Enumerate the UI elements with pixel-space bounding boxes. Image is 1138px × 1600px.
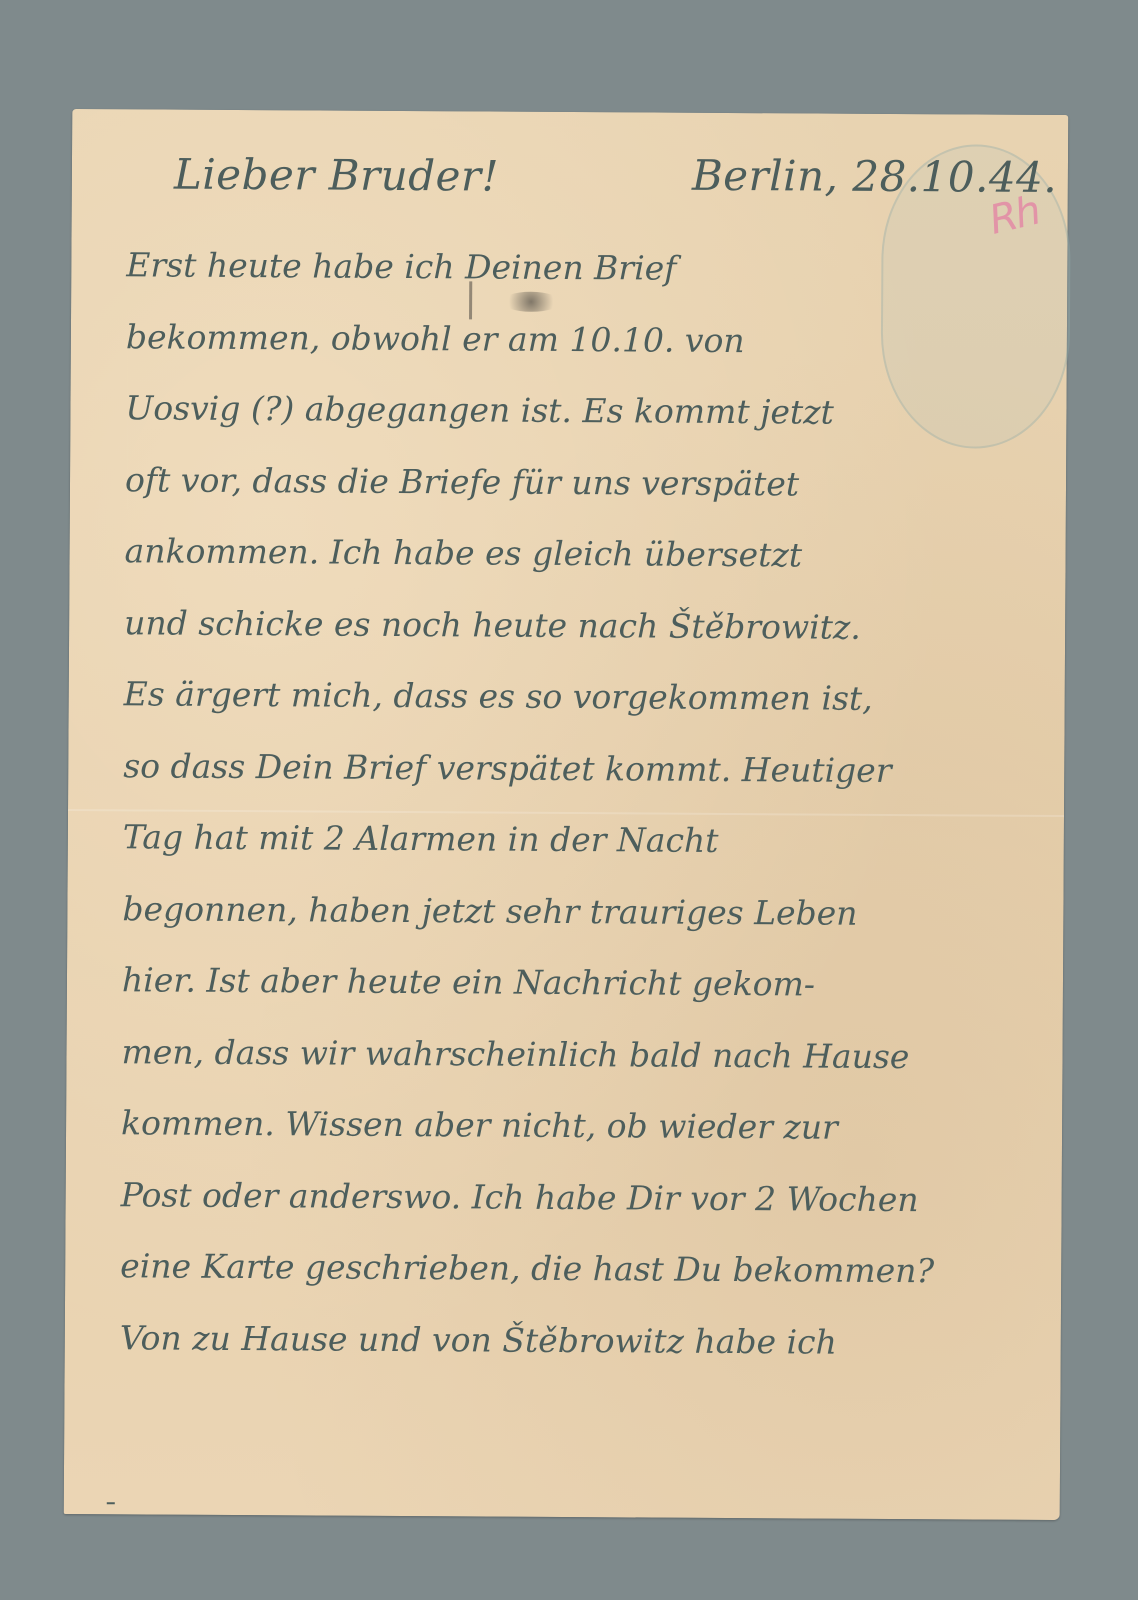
letter-line: men, dass wir wahrscheinlich bald nach H… — [121, 1016, 1041, 1093]
letter-line: Post oder anderswo. Ich habe Dir vor 2 W… — [120, 1159, 1040, 1236]
letter-line: eine Karte geschrieben, die hast Du beko… — [120, 1230, 1040, 1307]
letter-line: und schicke es noch heute nach Štěbrowit… — [124, 587, 1044, 664]
salutation: Lieber Bruder! — [174, 150, 499, 201]
letter-line: oft vor, dass die Briefe für uns verspät… — [125, 444, 1045, 521]
letter-line: begonnen, haben jetzt sehr trauriges Leb… — [122, 873, 1042, 950]
letter-body: Erst heute habe ich Deinen Brief bekomme… — [120, 229, 1047, 1379]
margin-dash — [107, 1502, 115, 1504]
letter-line: kommen. Wissen aber nicht, ob wieder zur — [121, 1087, 1041, 1164]
letter-line: bekommen, obwohl er am 10.10. von — [126, 301, 1046, 378]
letter-line: Tag hat mit 2 Alarmen in der Nacht — [123, 801, 1043, 878]
letter-line: Erst heute habe ich Deinen Brief — [126, 229, 1046, 306]
letter-line: hier. Ist aber heute ein Nachricht gekom… — [122, 944, 1042, 1021]
letter-line: Uosvig (?) abgegangen ist. Es kommt jetz… — [125, 372, 1045, 449]
letter-line: Von zu Hause und von Štěbrowitz habe ich — [120, 1302, 1040, 1379]
letter-line: so dass Dein Brief verspätet kommt. Heut… — [123, 730, 1043, 807]
postcard: Lieber Bruder! Berlin, 28.10.44. Rh Erst… — [64, 109, 1069, 1520]
letter-line: ankommen. Ich habe es gleich übersetzt — [124, 515, 1044, 592]
letter-line: Es ärgert mich, dass es so vorgekommen i… — [124, 658, 1044, 735]
